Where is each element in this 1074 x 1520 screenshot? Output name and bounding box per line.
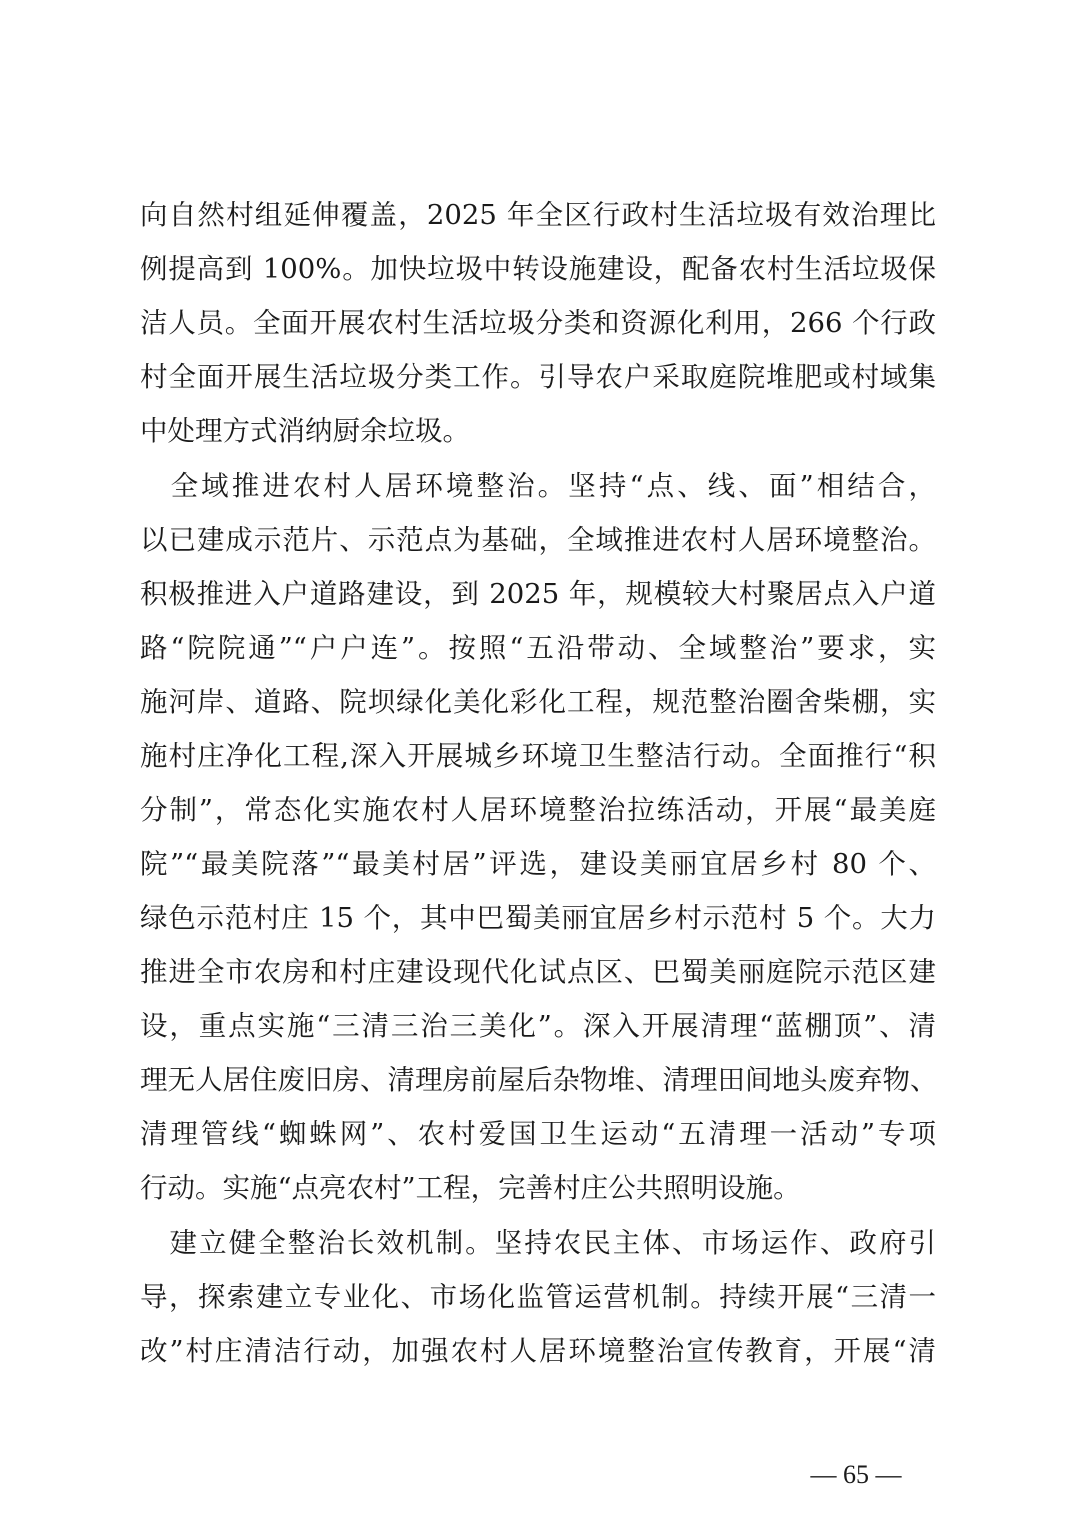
text-line: 设，重点实施“三清三治三美化”。深入开展清理“蓝棚顶”、清 bbox=[140, 1006, 936, 1046]
text-line: 洁人员。全面开展农村生活垃圾分类和资源化利用，266 个行政 bbox=[140, 303, 936, 343]
text-line: 村全面开展生活垃圾分类工作。引导农户采取庭院堆肥或村域集 bbox=[140, 357, 936, 397]
text-line: 分制”，常态化实施农村人居环境整治拉练活动，开展“最美庭 bbox=[140, 790, 936, 830]
text-line: 以已建成示范片、示范点为基础，全域推进农村人居环境整治。 bbox=[140, 520, 936, 560]
text-line: 中处理方式消纳厨余垃圾。 bbox=[140, 411, 936, 451]
text-line: 向自然村组延伸覆盖，2025 年全区行政村生活垃圾有效治理比 bbox=[140, 195, 936, 235]
text-line: 全域推进农村人居环境整治。坚持“点、线、面”相结合， bbox=[140, 466, 936, 506]
text-line: 施村庄净化工程,深入开展城乡环境卫生整洁行动。全面推行“积 bbox=[140, 736, 936, 776]
text-line: 例提高到 100%。加快垃圾中转设施建设，配备农村生活垃圾保 bbox=[140, 249, 936, 289]
text-line: 施河岸、道路、院坝绿化美化彩化工程，规范整治圈舍柴棚，实 bbox=[140, 682, 936, 722]
text-line: 行动。实施“点亮农村”工程，完善村庄公共照明设施。 bbox=[140, 1168, 936, 1208]
text-line: 积极推进入户道路建设，到 2025 年，规模较大村聚居点入户道 bbox=[140, 574, 936, 614]
text-line: 建立健全整治长效机制。坚持农民主体、市场运作、政府引 bbox=[140, 1223, 936, 1263]
text-line: 理无人居住废旧房、清理房前屋后杂物堆、清理田间地头废弃物、 bbox=[140, 1060, 936, 1100]
page-number: — 65 — bbox=[806, 1458, 906, 1492]
text-line: 路“院院通”“户户连”。按照“五沿带动、全域整治”要求，实 bbox=[140, 628, 936, 668]
text-line: 推进全市农房和村庄建设现代化试点区、巴蜀美丽庭院示范区建 bbox=[140, 952, 936, 992]
document-page: 向自然村组延伸覆盖，2025 年全区行政村生活垃圾有效治理比例提高到 100%。… bbox=[0, 0, 1074, 1520]
text-line: 绿色示范村庄 15 个，其中巴蜀美丽宜居乡村示范村 5 个。大力 bbox=[140, 898, 936, 938]
text-line: 改”村庄清洁行动，加强农村人居环境整治宣传教育，开展“清 bbox=[140, 1331, 936, 1371]
text-line: 院”“最美院落”“最美村居”评选，建设美丽宜居乡村 80 个、 bbox=[140, 844, 936, 884]
text-line: 导，探索建立专业化、市场化监管运营机制。持续开展“三清一 bbox=[140, 1277, 936, 1317]
text-line: 清理管线“蜘蛛网”、农村爱国卫生运动“五清理一活动”专项 bbox=[140, 1114, 936, 1154]
